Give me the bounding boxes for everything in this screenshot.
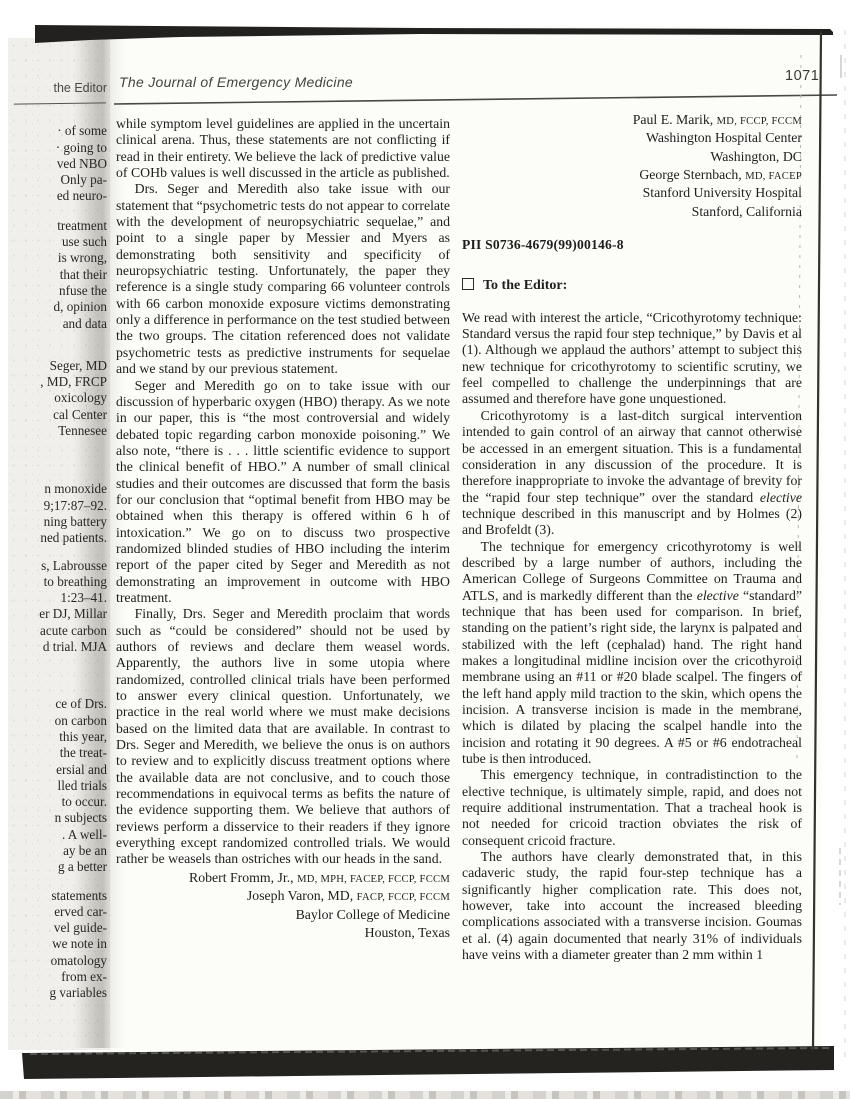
- paragraph: Finally, Drs. Seger and Meredith proclai…: [116, 606, 450, 868]
- previous-page-fragment: treatment use such is wrong, that their …: [12, 218, 107, 332]
- signature-line: Paul E. Marik, MD, FCCP, FCCM: [462, 112, 802, 130]
- previous-page-text-strip: the Editor · of some · going to ved NBO …: [12, 80, 107, 1002]
- previous-page-fragment: s, Labrousse to breathing 1:23–41. er DJ…: [12, 558, 107, 656]
- signer-name: Paul E. Marik,: [633, 112, 717, 127]
- signer-affiliation: Washington Hospital Center: [646, 130, 802, 145]
- right-column: Paul E. Marik, MD, FCCP, FCCM Washington…: [462, 112, 802, 964]
- signature-line: Stanford, California: [462, 204, 802, 222]
- left-column: while symptom level guidelines are appli…: [116, 116, 450, 943]
- previous-page-fragment: Seger, MD , MD, FRCP oxicology cal Cente…: [12, 358, 107, 439]
- letter-heading-label: To the Editor:: [483, 278, 567, 293]
- signature-line: Baylor College of Medicine: [116, 907, 450, 925]
- previous-page-fragment: statements erved car- vel guide- we note…: [12, 888, 107, 1002]
- signer-name: George Sternbach,: [639, 167, 745, 182]
- signature-line: Stanford University Hospital: [462, 185, 802, 203]
- signature-line: Houston, Texas: [116, 925, 450, 943]
- signature-line: Robert Fromm, Jr., MD, MPH, FACEP, FCCP,…: [116, 870, 450, 888]
- signature-line: George Sternbach, MD, FACEP: [462, 167, 802, 185]
- previous-page-fragment: n monoxide 9;17:87–92. ning battery ned …: [12, 481, 107, 546]
- signer-location: Washington, DC: [710, 149, 802, 164]
- letter-signature-block: Paul E. Marik, MD, FCCP, FCCM Washington…: [462, 112, 802, 222]
- scan-bottom-texture: [0, 1091, 850, 1099]
- previous-page-fragment: ce of Drs. on carbon this year, the trea…: [12, 696, 107, 875]
- letter-signature-block: Robert Fromm, Jr., MD, MPH, FACEP, FCCP,…: [116, 870, 450, 943]
- journal-title: The Journal of Emergency Medicine: [119, 74, 353, 90]
- signer-name: Joseph Varon, MD,: [247, 888, 357, 903]
- signer-credentials: MD, FACEP: [745, 171, 802, 182]
- signer-credentials: MD, MPH, FACEP, FCCP, FCCM: [297, 874, 450, 885]
- signature-line: Joseph Varon, MD, FACP, FCCP, FCCM: [116, 888, 450, 906]
- signature-line: Washington, DC: [462, 149, 802, 167]
- signer-affiliation: Baylor College of Medicine: [296, 907, 450, 922]
- previous-page-header-rule: [14, 103, 106, 105]
- signer-location: Stanford, California: [692, 204, 802, 219]
- letter-heading: To the Editor:: [462, 278, 802, 294]
- signer-credentials: FACP, FCCP, FCCM: [357, 892, 450, 903]
- paragraph: Drs. Seger and Meredith also take issue …: [116, 181, 450, 377]
- paragraph: Seger and Meredith go on to take issue w…: [116, 378, 450, 607]
- paragraph: We read with interest the article, “Cric…: [462, 310, 802, 408]
- page-number: 1071: [785, 68, 819, 84]
- paragraph: The technique for emergency cricothyroto…: [462, 539, 802, 768]
- previous-page-fragment: · of some · going to ved NBO Only pa- ed…: [12, 123, 107, 204]
- signer-location: Houston, Texas: [365, 925, 450, 940]
- paragraph: The authors have clearly demonstrated th…: [462, 849, 802, 963]
- paragraph: Cricothyrotomy is a last-ditch surgical …: [462, 408, 802, 539]
- signer-affiliation: Stanford University Hospital: [643, 185, 802, 200]
- paragraph: This emergency technique, in contradisti…: [462, 767, 802, 849]
- paragraph: while symptom level guidelines are appli…: [116, 116, 450, 181]
- checkbox-square-icon: [462, 278, 474, 290]
- signer-name: Robert Fromm, Jr.,: [189, 870, 297, 885]
- signer-credentials: MD, FCCP, FCCM: [717, 116, 802, 127]
- signature-line: Washington Hospital Center: [462, 130, 802, 148]
- pii-identifier: PII S0736-4679(99)00146-8: [462, 237, 802, 253]
- previous-page-header-fragment: the Editor: [12, 80, 107, 96]
